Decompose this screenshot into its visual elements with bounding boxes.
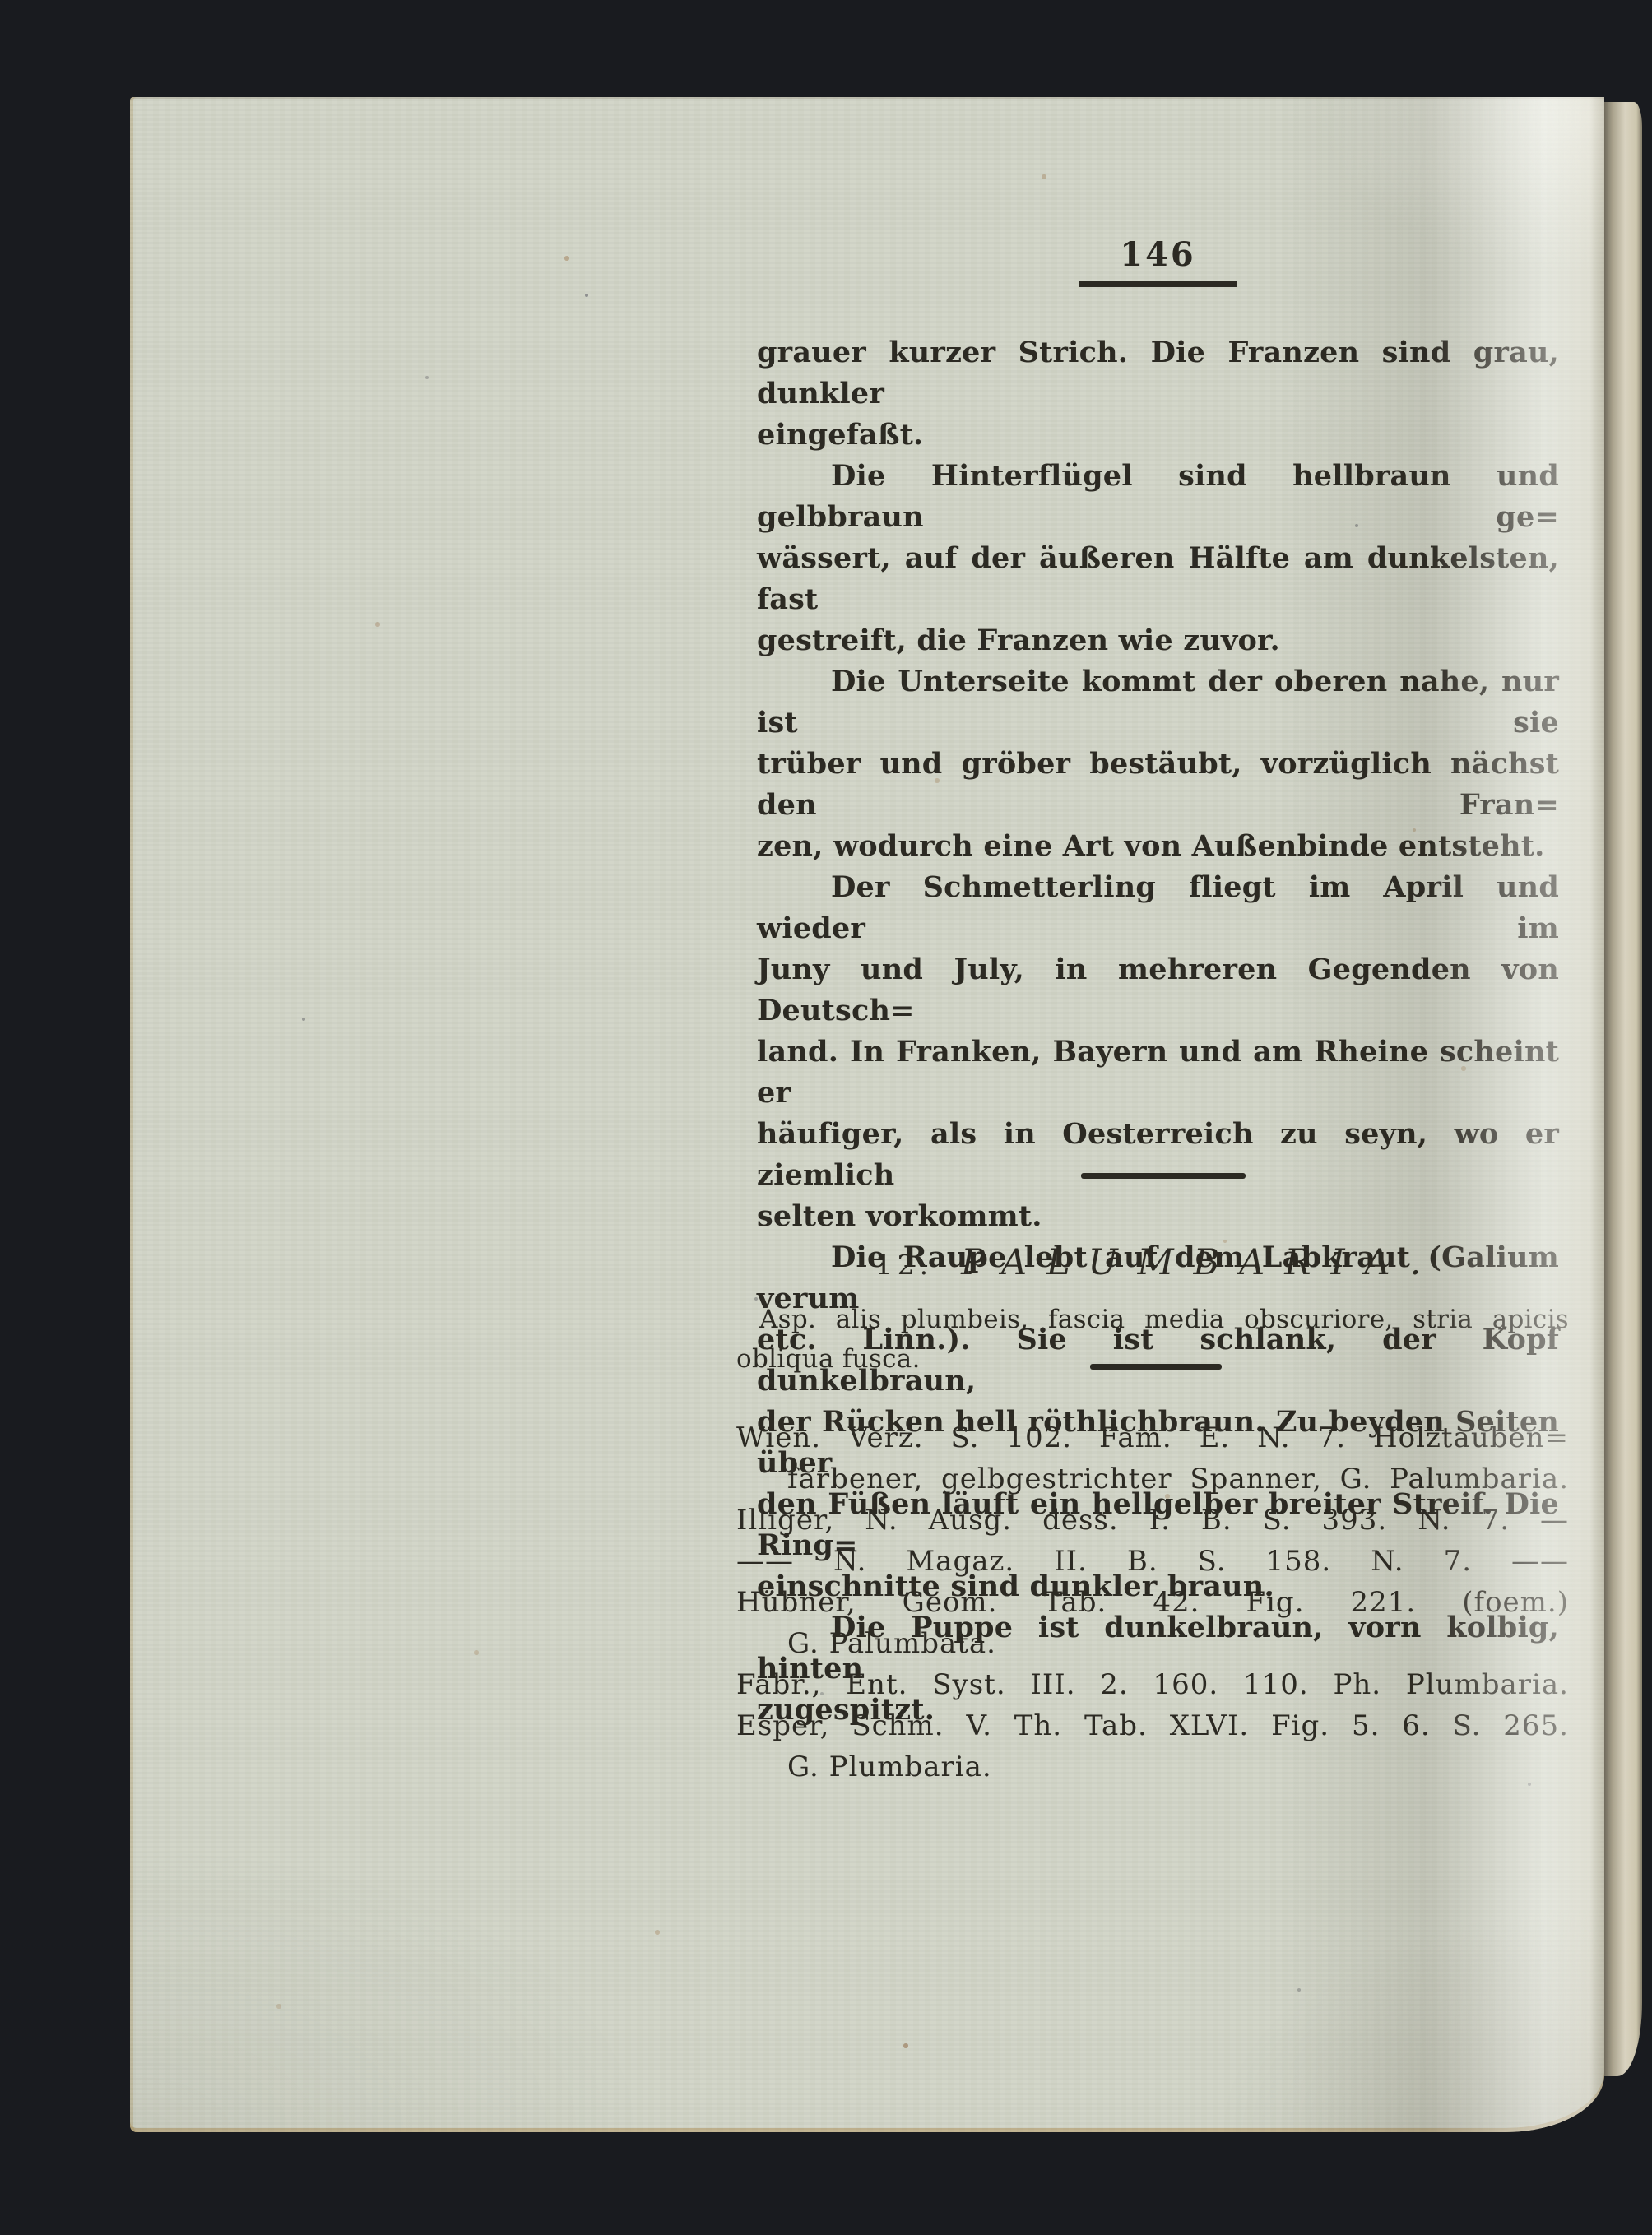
page-edge-strip (1604, 102, 1642, 2076)
reference-line: G. Palumbata. (736, 1623, 1569, 1664)
section-heading: 12.PALUMBARIA. (757, 1242, 1559, 1283)
page-number: 146 (757, 235, 1559, 287)
page-number-value: 146 (1079, 235, 1237, 287)
species-title: PALUMBARIA. (961, 1242, 1441, 1283)
references-block: Wien. Verz. S. 102. Fam. E. N. 7. Holzta… (736, 1417, 1569, 1788)
reference-line: —— N. Magaz. II. B. S. 158. N. 7. —— (736, 1541, 1569, 1582)
diagnosis-line: obliqua fusca. (736, 1339, 1569, 1379)
body-text-line: Die Unterseite kommt der oberen nahe, nu… (757, 661, 1559, 744)
reference-line: Illiger, N. Ausg. dess. I. B. S. 393. N.… (736, 1500, 1569, 1541)
diagnosis-divider (1090, 1364, 1222, 1370)
body-text-line: zen, wodurch eine Art von Außenbinde ent… (757, 826, 1559, 867)
scanner-background: 146 grauer kurzer Strich. Die Franzen si… (0, 0, 1652, 2235)
paper-speckles (130, 97, 132, 99)
section-number: 12. (875, 1249, 933, 1281)
body-text-line: wässert, auf der äußeren Hälfte am dunke… (757, 538, 1559, 620)
section-divider-top (1081, 1173, 1246, 1179)
diagnosis-line: Asp. alis plumbeis, fascia media obscuri… (736, 1300, 1569, 1339)
body-text-line: selten vorkommt. (757, 1196, 1559, 1237)
body-text-line: grauer kurzer Strich. Die Franzen sind g… (757, 332, 1559, 415)
reference-line: Esper, Schm. V. Th. Tab. XLVI. Fig. 5. 6… (736, 1705, 1569, 1746)
reference-line: farbener, gelbgestrichter Spanner, G. Pa… (736, 1458, 1569, 1500)
body-text-line: Der Schmetterling fliegt im April und wi… (757, 867, 1559, 949)
reference-line: Wien. Verz. S. 102. Fam. E. N. 7. Holzta… (736, 1417, 1569, 1458)
body-text-line: eingefaßt. (757, 415, 1559, 456)
body-text-line: trüber und gröber bestäubt, vorzüglich n… (757, 744, 1559, 826)
body-text-line: Juny und July, in mehreren Gegenden von … (757, 949, 1559, 1032)
reference-line: Hübner, Geom. Tab. 42. Fig. 221. (foem.) (736, 1582, 1569, 1623)
reference-line: Fabr., Ent. Syst. III. 2. 160. 110. Ph. … (736, 1664, 1569, 1705)
body-text-line: land. In Franken, Bayern und am Rheine s… (757, 1032, 1559, 1114)
reference-line: G. Plumbaria. (736, 1746, 1569, 1788)
body-text-line: häufiger, als in Oesterreich zu seyn, wo… (757, 1114, 1559, 1196)
book-page: 146 grauer kurzer Strich. Die Franzen si… (130, 97, 1604, 2132)
body-text-line: Die Hinterflügel sind hellbraun und gelb… (757, 456, 1559, 538)
body-text-line: gestreift, die Franzen wie zuvor. (757, 620, 1559, 661)
